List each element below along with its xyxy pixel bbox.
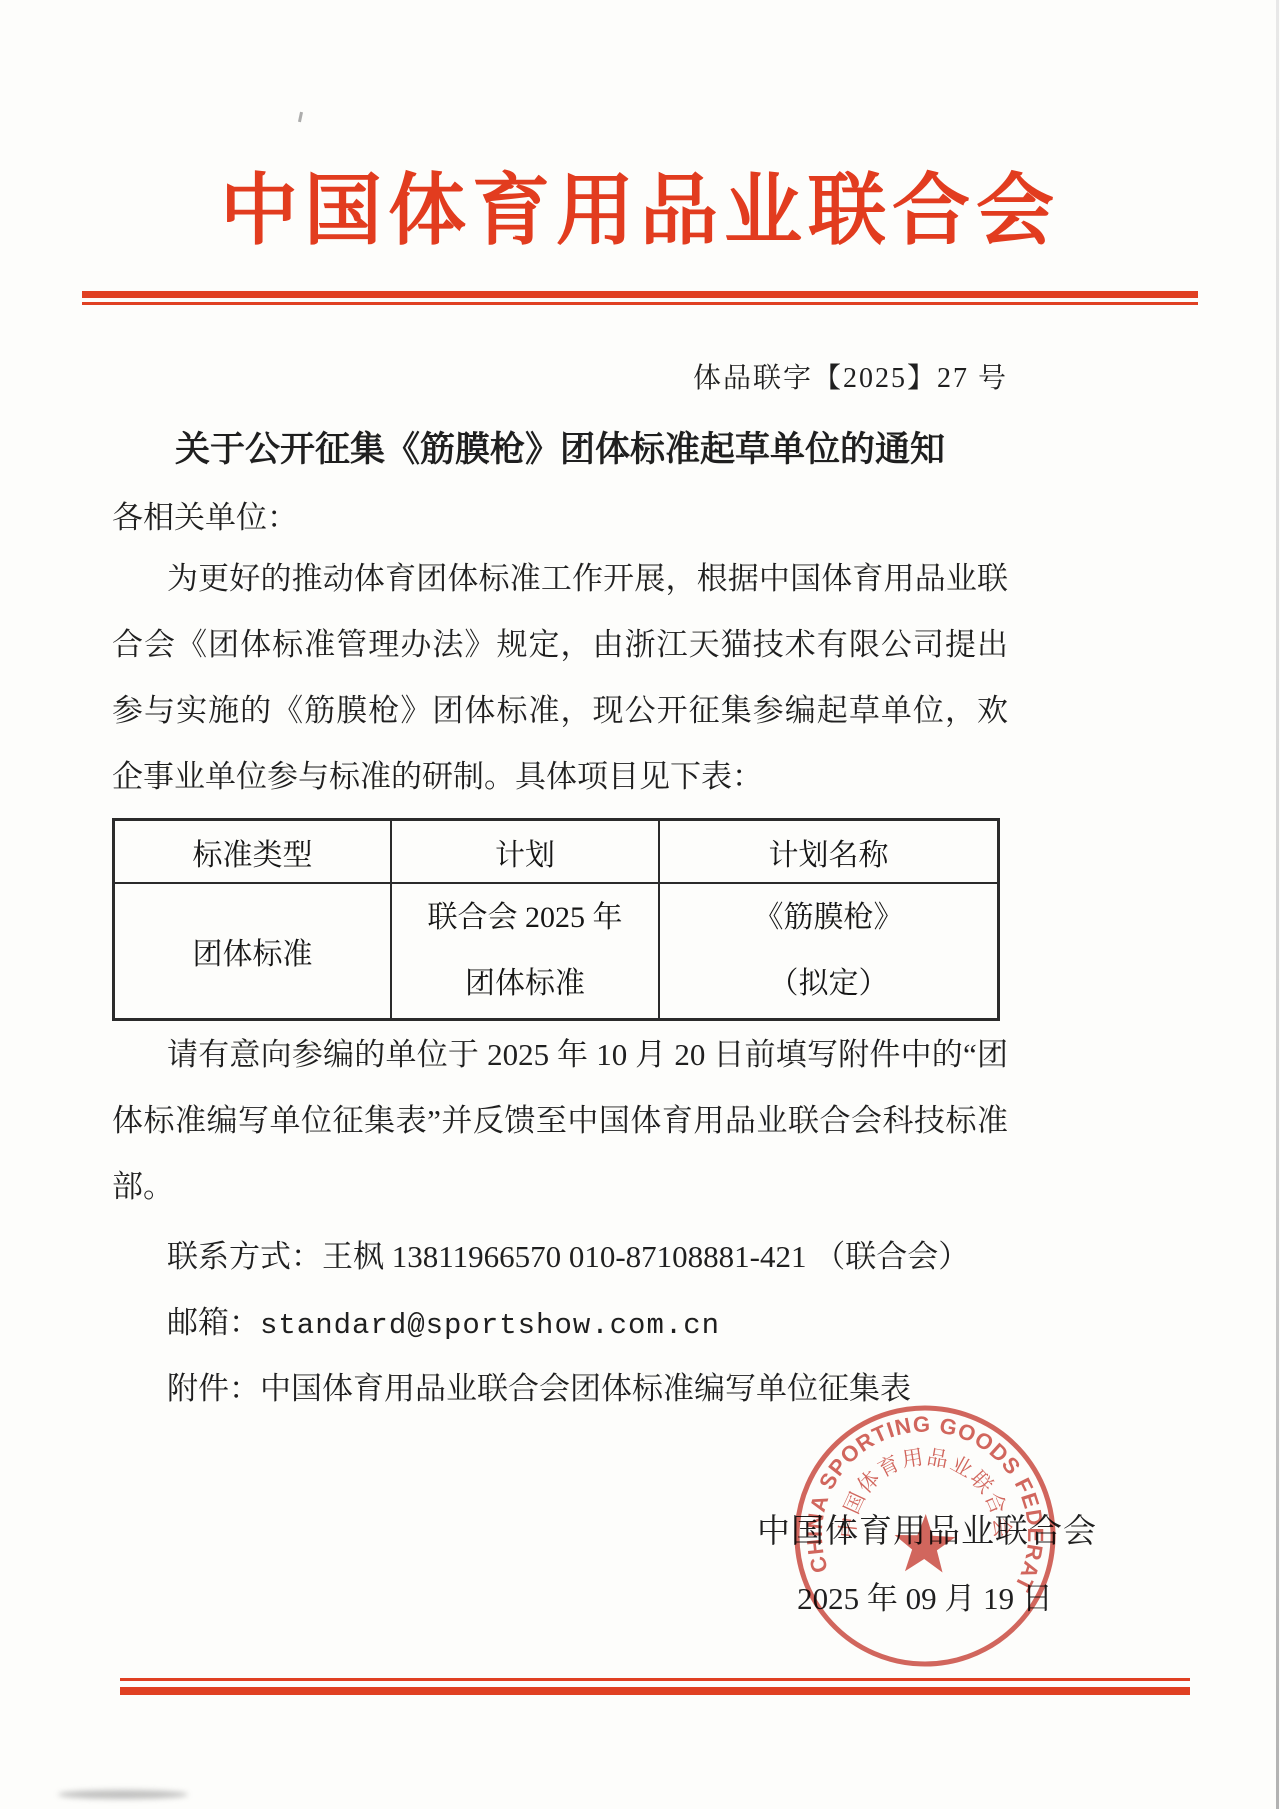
footer-rule-thick [120,1687,1190,1695]
doc-title: 关于公开征集《筋膜枪》团体标准起草单位的通知 [112,422,1008,472]
footer-rule-thin [120,1678,1190,1681]
cell-plan-line-1: 联合会 2025 年 [392,885,658,951]
table-header-standard-type: 标准类型 [114,820,392,884]
paragraph-1: 为更好的推动体育团体标准工作开展，根据中国体育用品业联 合会《团体标准管理办法》… [112,546,1008,810]
official-seal-stamp: CHINA SPORTING GOODS FEDERATION 中国体育用品业联… [770,1381,1080,1691]
para2-line-2: 体标准编写单位征集表”并反馈至中国体育用品业联合会科技标准 [112,1088,1008,1154]
cell-plan-line-2: 团体标准 [392,951,658,1017]
para1-line-1: 为更好的推动体育团体标准工作开展，根据中国体育用品业联 [112,546,1008,612]
salutation: 各相关单位： [112,492,1008,537]
para1-line-3: 参与实施的《筋膜枪》团体标准，现公开征集参编起草单位，欢迎 [112,678,1008,744]
email-address: standard@sportshow.com.cn [260,1309,720,1342]
cell-plan-name-line-1: 《筋膜枪》 [660,885,997,951]
scan-smudge-artifact [58,1790,188,1799]
para2-line-1: 请有意向参编的单位于 2025 年 10 月 20 日前填写附件中的“团 [112,1022,1008,1088]
table-header-row: 标准类型 计划 计划名称 [114,820,999,884]
letterhead-title: 中国体育用品业联合会 [92,148,1188,260]
para2-line-3: 部。 [112,1154,1008,1220]
document-page: 中国体育用品业联合会 体品联字【2025】27 号 关于公开征集《筋膜枪》团体标… [0,0,1280,1809]
email-line: 邮箱：standard@sportshow.com.cn [112,1290,1212,1356]
cell-standard-type: 团体标准 [114,883,392,1020]
para1-line-4: 企事业单位参与标准的研制。具体项目见下表： [112,744,1008,810]
stamp-star-icon [893,1513,956,1573]
scan-edge-artifact [1276,0,1279,1809]
table-header-plan: 计划 [391,820,659,884]
para1-line-2: 合会《团体标准管理办法》规定，由浙江天猫技术有限公司提出并 [112,612,1008,678]
table-row: 团体标准 联合会 2025 年 团体标准 《筋膜枪》 （拟定） [114,883,999,1020]
scan-mark-artifact [298,112,303,122]
contact-line: 联系方式：王枫 13811966570 010-87108881-421 （联合… [112,1224,1212,1290]
email-label: 邮箱： [167,1305,260,1340]
header-rule-thin [82,302,1198,305]
cell-plan-name-line-2: （拟定） [660,951,997,1017]
doc-number: 体品联字【2025】27 号 [112,356,1008,396]
table-header-plan-name: 计划名称 [659,820,999,884]
cell-plan: 联合会 2025 年 团体标准 [391,883,659,1020]
standards-table: 标准类型 计划 计划名称 团体标准 联合会 2025 年 团体标准 《筋膜枪》 … [112,818,1000,1021]
cell-plan-name: 《筋膜枪》 （拟定） [659,883,999,1020]
header-rule-thick [82,291,1198,298]
paragraph-2: 请有意向参编的单位于 2025 年 10 月 20 日前填写附件中的“团 体标准… [112,1022,1008,1220]
